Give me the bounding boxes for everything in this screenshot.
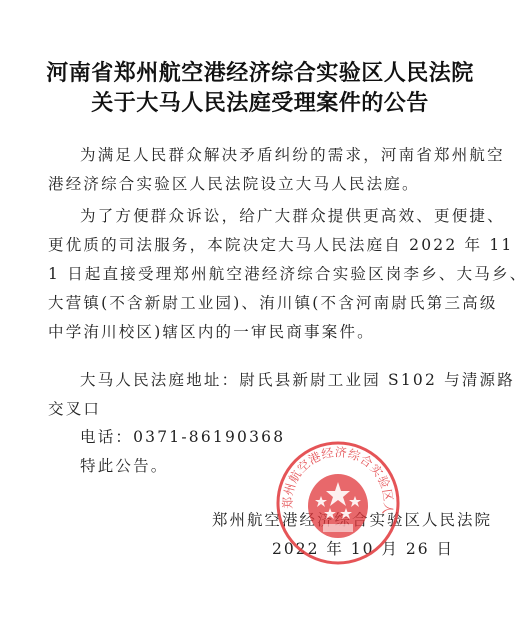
- closing-line: 特此公告。: [80, 454, 169, 476]
- paragraph1-line1: 为满足人民群众解决矛盾纠纷的需求，河南省郑州航空: [80, 143, 505, 165]
- phone-line: 电话：0371-86190368: [80, 425, 285, 447]
- address-line1: 大马人民法庭地址：尉氏县新尉工业园 S102 与清源路: [80, 368, 515, 390]
- official-seal: 郑州航空港经济综合实验区人民法院: [275, 440, 401, 566]
- paragraph1-line2: 港经济综合实验区人民法院设立大马人民法庭。: [48, 172, 420, 194]
- paragraph2-line5: 中学洧川校区)辖区内的一审民商事案件。: [48, 320, 375, 342]
- paragraph2-line2: 更优质的司法服务，本院决定大马人民法庭自 2022 年 11 月: [48, 233, 520, 255]
- paragraph2-line4: 大营镇(不含新尉工业园)、洧川镇(不含河南尉氏第三高级: [48, 291, 498, 313]
- address-line2: 交叉口: [48, 397, 101, 419]
- seal-emblem-icon: 郑州航空港经济综合实验区人民法院: [275, 440, 401, 566]
- document-title-line1: 河南省郑州航空港经济综合实验区人民法院: [0, 56, 520, 87]
- paragraph2-line1: 为了方便群众诉讼，给广大群众提供更高效、更便捷、: [80, 204, 505, 226]
- paragraph2-line3: 1 日起直接受理郑州航空港经济综合实验区岗李乡、大马乡、: [48, 262, 520, 284]
- document-title-line2: 关于大马人民法庭受理案件的公告: [0, 86, 520, 117]
